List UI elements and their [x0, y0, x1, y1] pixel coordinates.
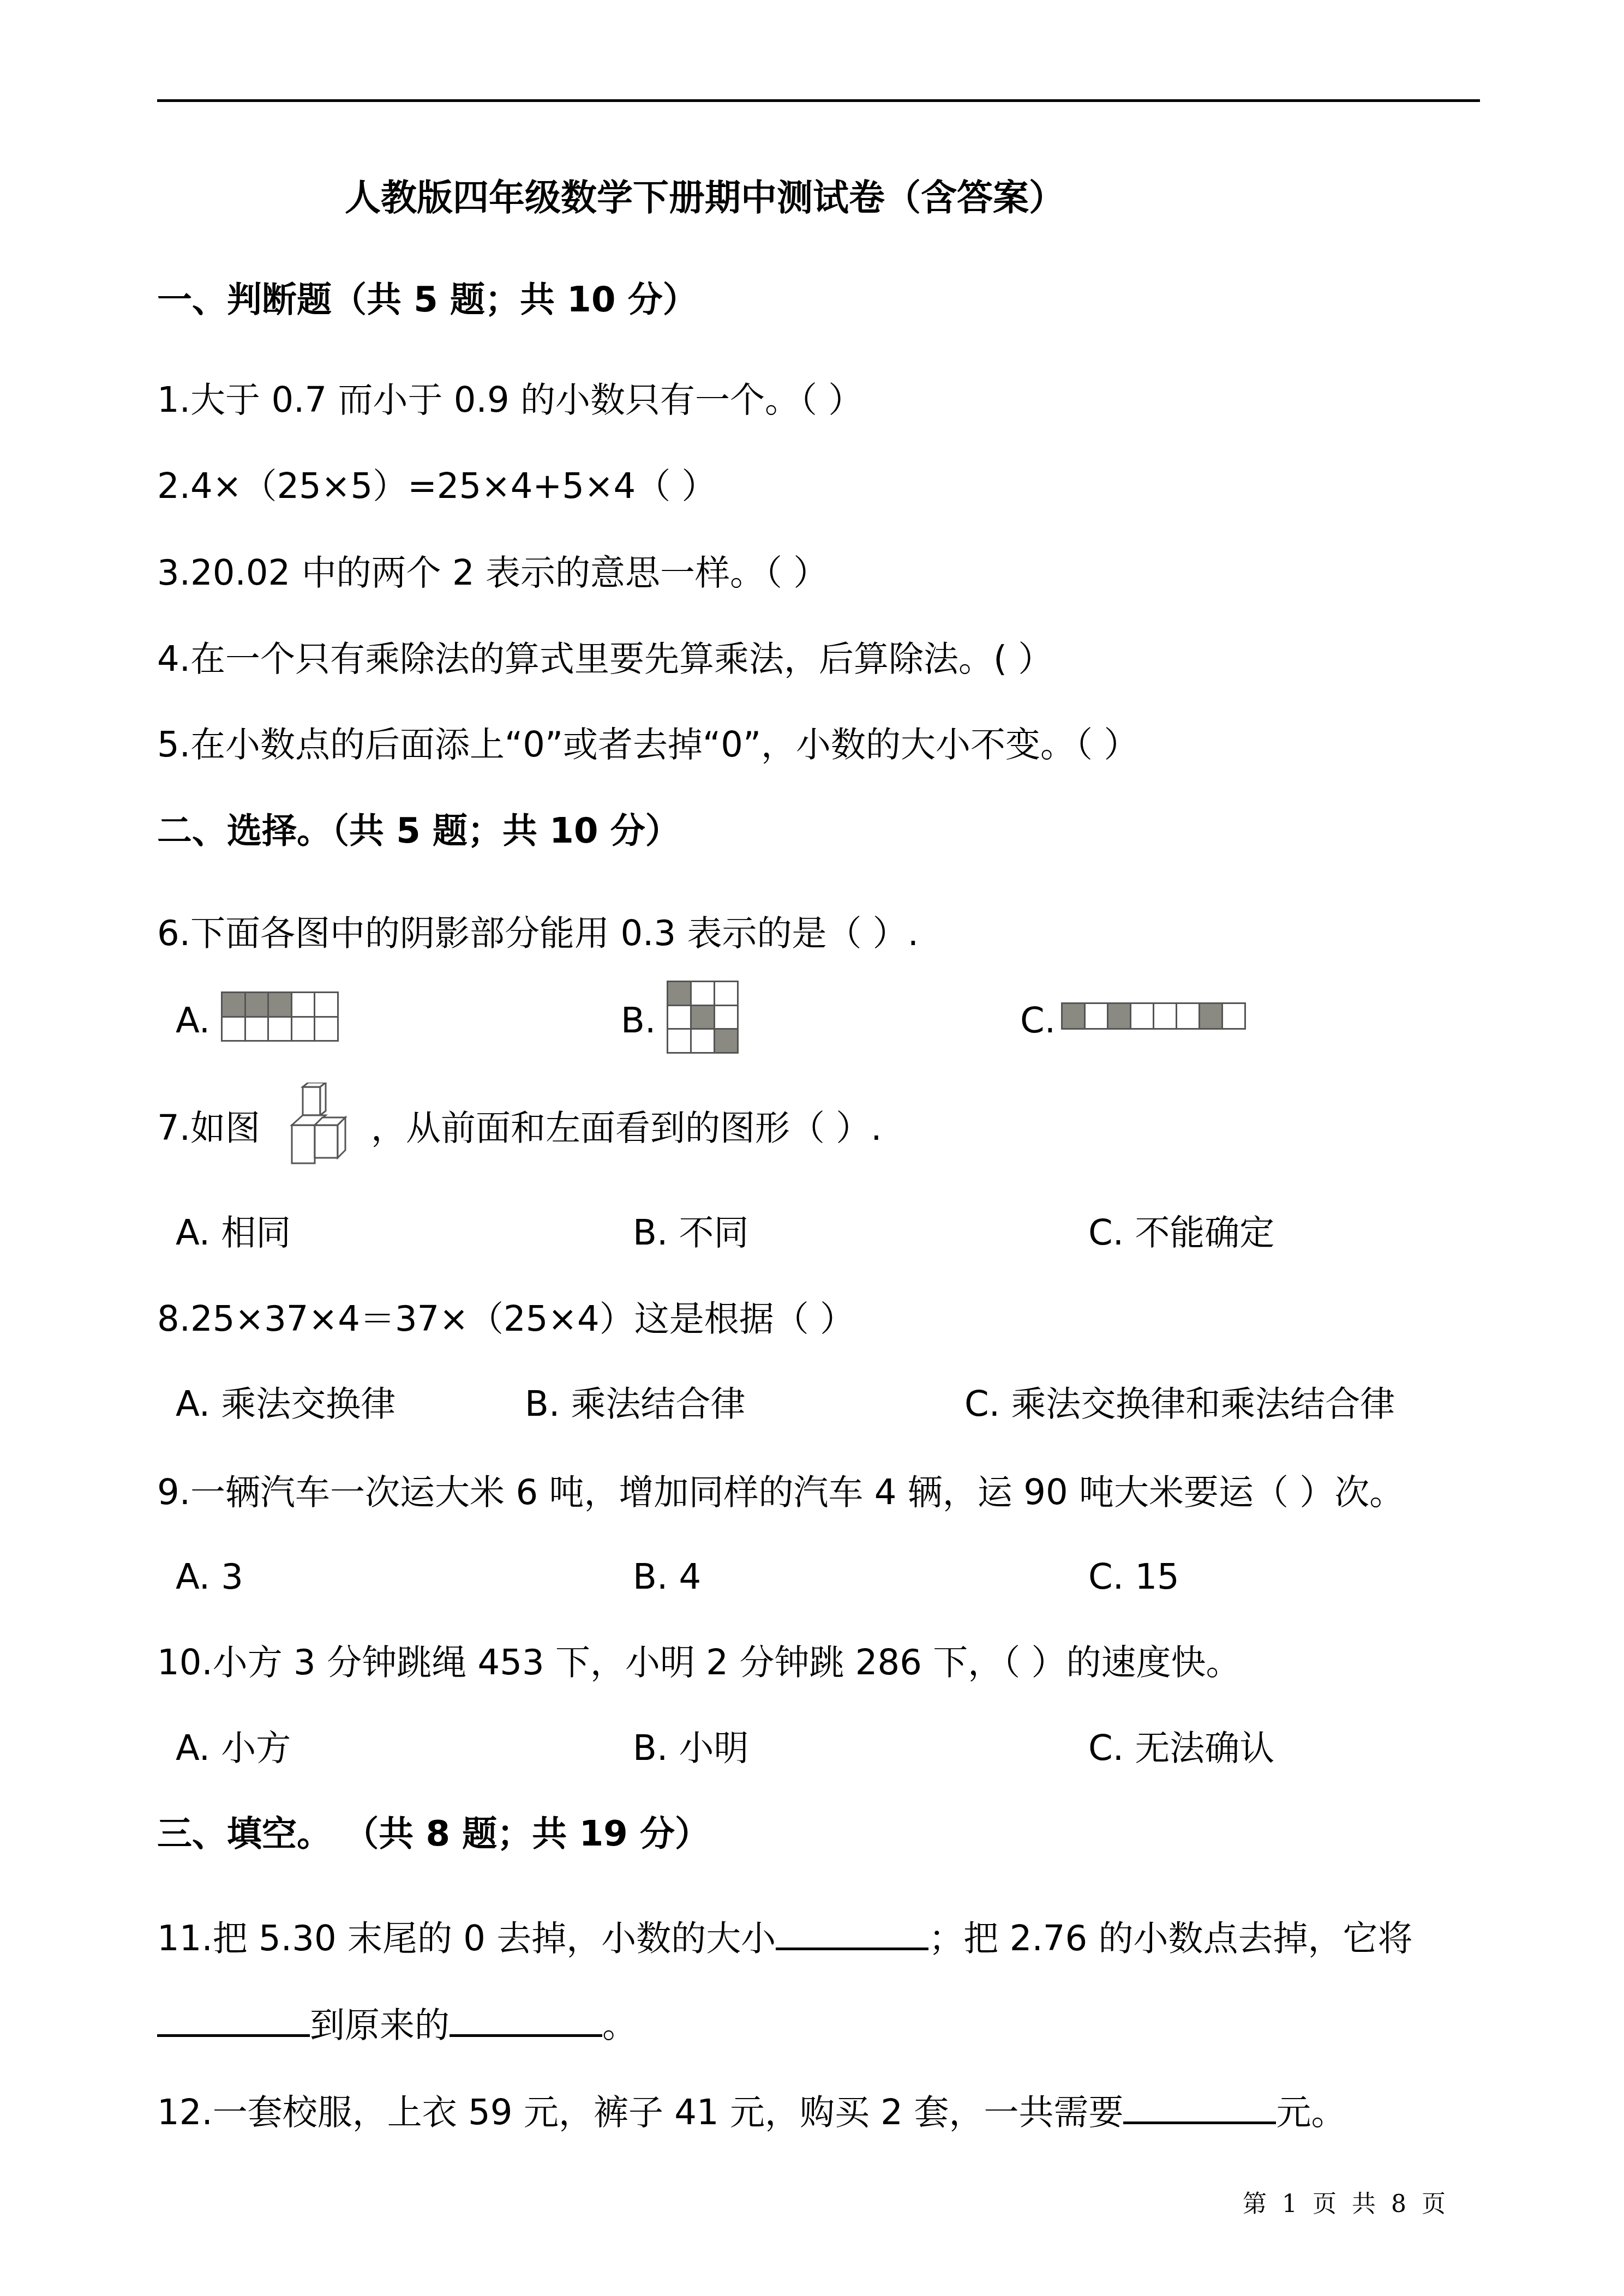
q6-figure-a — [221, 991, 339, 1042]
q11-text-c: 到原来的 — [310, 2005, 450, 2046]
question-4: 4.在一个只有乘除法的算式里要先算乘法，后算除法。( ） — [157, 642, 1053, 677]
q11-text-b: ；把 2.76 的小数点去掉，它将 — [928, 1919, 1412, 1959]
q8-option-c: C. 乘法交换律和乘法结合律 — [964, 1387, 1395, 1422]
q11-blank-2[interactable] — [157, 2004, 310, 2037]
question-1: 1.大于 0.7 而小于 0.9 的小数只有一个。（ ） — [157, 383, 863, 418]
q10-option-b: B. 小明 — [633, 1731, 749, 1766]
q6-figure-c — [1061, 1002, 1246, 1030]
question-2: 2.4×（25×5）=25×4+5×4（ ） — [157, 469, 717, 504]
q6-option-b-label: B. — [621, 1003, 656, 1038]
q11-text-d: 。 — [602, 2005, 637, 2046]
q10-option-c: C. 无法确认 — [1088, 1731, 1274, 1766]
page-title: 人教版四年级数学下册期中测试卷（含答案） — [345, 180, 1065, 216]
question-10: 10.小方 3 分钟跳绳 453 下，小明 2 分钟跳 286 下，（ ）的速度… — [157, 1645, 1241, 1680]
q7-option-a: A. 相同 — [176, 1216, 291, 1251]
q11-text-a: 11.把 5.30 末尾的 0 去掉，小数的大小 — [157, 1919, 776, 1959]
q6-option-a-label: A. — [176, 1003, 210, 1038]
question-8: 8.25×37×4＝37×（25×4）这是根据（ ） — [157, 1302, 855, 1337]
question-7-prefix: 7.如图 — [157, 1111, 260, 1146]
q12-blank-1[interactable] — [1123, 2091, 1276, 2124]
q12-text-b: 元。 — [1276, 2093, 1346, 2133]
question-6: 6.下面各图中的阴影部分能用 0.3 表示的是（ ）. — [157, 916, 919, 951]
q9-option-c: C. 15 — [1088, 1560, 1179, 1595]
question-11-line-1: 11.把 5.30 末尾的 0 去掉，小数的大小；把 2.76 的小数点去掉，它… — [157, 1917, 1413, 1956]
q11-blank-3[interactable] — [450, 2004, 602, 2037]
q6-option-c-label: C. — [1020, 1003, 1056, 1038]
question-7-text: ，从前面和左面看到的图形（ ）. — [371, 1111, 882, 1146]
q7-option-b: B. 不同 — [633, 1216, 749, 1251]
q8-option-b: B. 乘法结合律 — [525, 1387, 746, 1422]
q6-figure-b — [667, 981, 739, 1054]
page-number: 第 1 页 共 8 页 — [1243, 2192, 1446, 2216]
q12-text-a: 12.一套校服，上衣 59 元，裤子 41 元，购买 2 套，一共需要 — [157, 2093, 1123, 2133]
question-9: 9.一辆汽车一次运大米 6 吨，增加同样的汽车 4 辆，运 90 吨大米要运（ … — [157, 1475, 1404, 1510]
cube-stack-icon — [281, 1083, 368, 1170]
question-12: 12.一套校服，上衣 59 元，裤子 41 元，购买 2 套，一共需要元。 — [157, 2091, 1346, 2130]
q8-option-a: A. 乘法交换律 — [176, 1387, 395, 1422]
q7-option-c: C. 不能确定 — [1088, 1216, 1274, 1251]
question-11-line-2: 到原来的。 — [157, 2004, 637, 2043]
q10-option-a: A. 小方 — [176, 1731, 291, 1766]
question-5: 5.在小数点的后面添上“0”或者去掉“0”，小数的大小不变。（ ） — [157, 728, 1138, 762]
q9-option-a: A. 3 — [176, 1560, 243, 1595]
q11-blank-1[interactable] — [776, 1917, 928, 1950]
section-heading-judgement: 一、判断题（共 5 题；共 10 分） — [157, 283, 698, 317]
header-rule — [157, 99, 1480, 102]
q9-option-b: B. 4 — [633, 1560, 701, 1595]
section-heading-choice: 二、选择。（共 5 题；共 10 分） — [157, 814, 680, 849]
section-heading-fill: 三、填空。 （共 8 题；共 19 分） — [157, 1817, 710, 1852]
question-3: 3.20.02 中的两个 2 表示的意思一样。（ ） — [157, 556, 828, 591]
